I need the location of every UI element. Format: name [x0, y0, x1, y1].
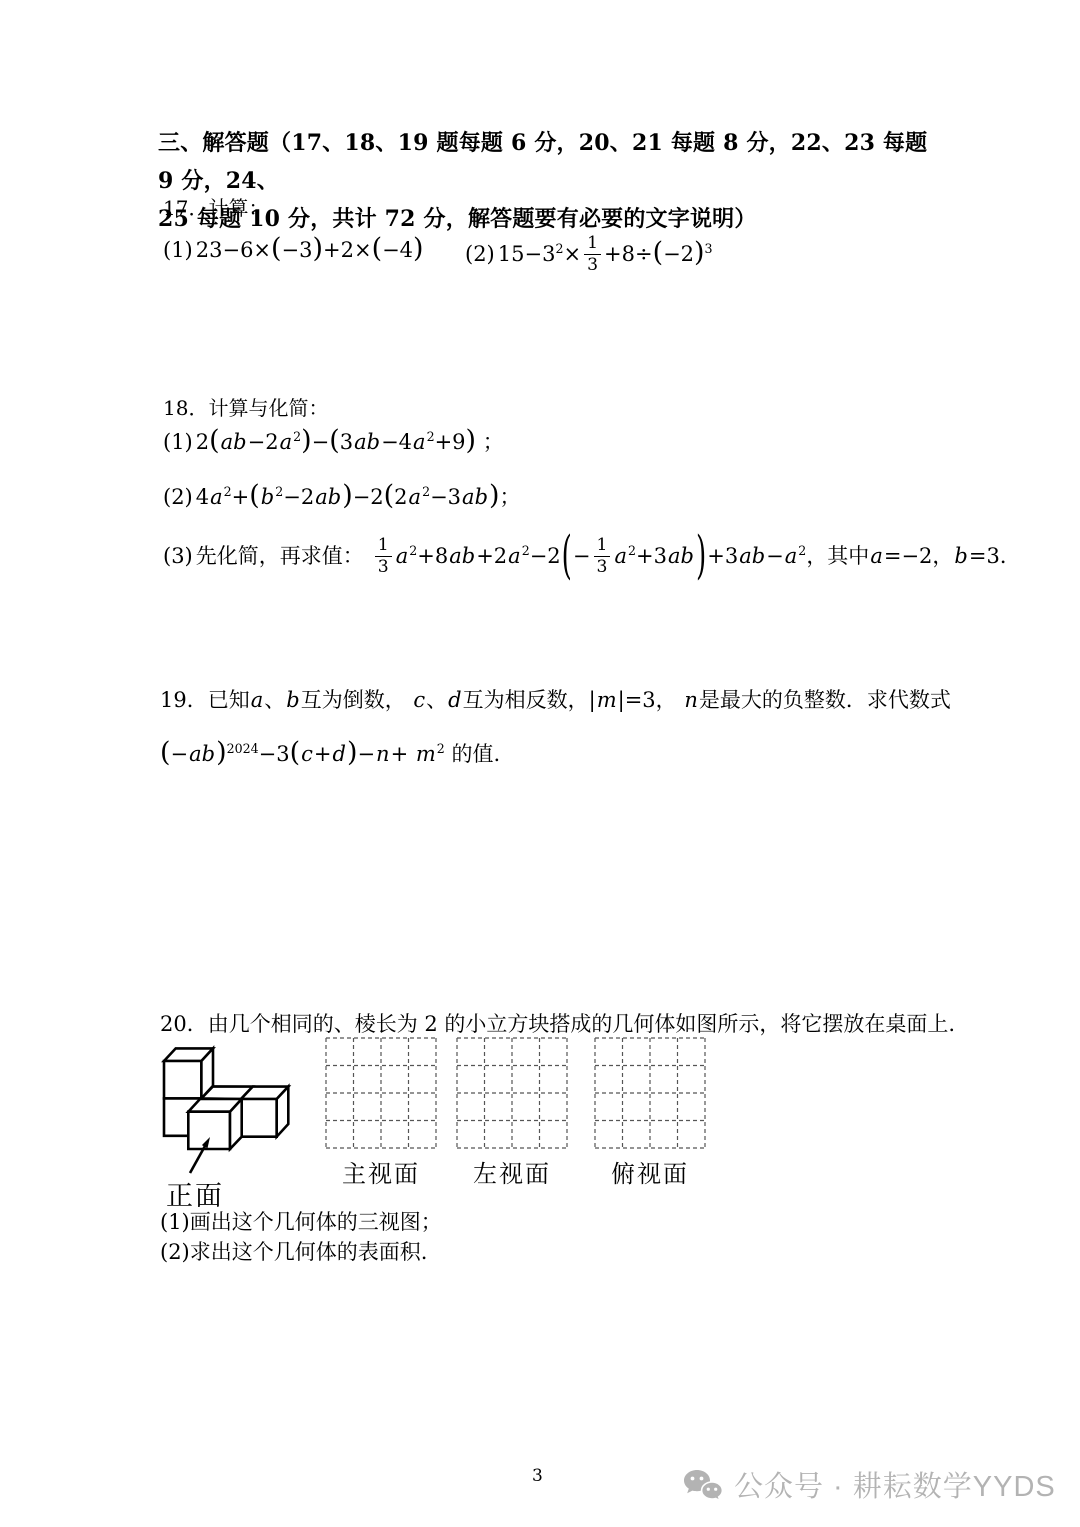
q18-part3-intro: 先化简，再求值： [196, 544, 364, 568]
q20-sub1: (1)画出这个几何体的三视图； [160, 1206, 442, 1236]
q18-part3-formula: (3)先化简，再求值：13a2+8ab+2a2−2(−13a2+3ab)+3ab… [163, 530, 1021, 582]
wechat-icon [682, 1468, 724, 1504]
q17-part2-formula: (2)15−32×13+8÷(−2)3 [465, 228, 713, 280]
cube-topleft-front-face [164, 1061, 201, 1098]
q17-title: 17．计算： [163, 192, 268, 221]
q17-part2-label: (2) [465, 242, 495, 266]
main-view-grid [325, 1037, 437, 1149]
left-view-grid [456, 1037, 568, 1149]
footer-wechat-text: 公众号 · 耕耘数学YYDS [734, 1464, 1056, 1505]
q17-part1-label: (1) [163, 238, 193, 262]
q18-part1-label: (1) [163, 430, 193, 454]
q18-part3-math: 13a2+8ab+2a2−2(−13a2+3ab)+3ab−a2，其中a=−2，… [372, 544, 1021, 568]
cube-front-front-face [188, 1112, 230, 1149]
top-view-label: 俯视面 [594, 1154, 706, 1189]
q17-part1-formula: (1)23−6×(−3)+2×(−4) [163, 236, 424, 263]
q17-part1-math: 23−6×(−3)+2×(−4) [196, 238, 424, 262]
page-number: 3 [532, 1466, 543, 1486]
q17-part2-math: 15−32×13+8÷(−2)3 [498, 242, 713, 266]
q19-text: 19．已知a、b互为倒数， c、d互为相反数，|m|=3， n是最大的负整数．求… [160, 684, 951, 714]
q18-part2-formula: (2)4a2+(b2−2ab)−2(2a2−3ab)； [163, 481, 521, 511]
q19-formula: (−ab)2024−3(c+d)−n+ m2 的值. [160, 738, 500, 768]
section-header-line1: 三、解答题（17、18、19 题每题 6 分，20、21 每题 8 分，22、2… [158, 124, 938, 200]
q18-part3-label: (3) [163, 544, 193, 568]
q20-sub2: (2)求出这个几何体的表面积. [160, 1236, 427, 1266]
q20-text: 20．由几个相同的、棱长为 2 的小立方块搭成的几何体如图所示，将它摆放在桌面上… [160, 1008, 955, 1038]
cube-right-front-face [241, 1099, 277, 1137]
top-view-grid [594, 1037, 706, 1149]
exam-page: 三、解答题（17、18、19 题每题 6 分，20、21 每题 8 分，22、2… [0, 0, 1080, 1527]
q18-part2-label: (2) [163, 485, 193, 509]
section-header: 三、解答题（17、18、19 题每题 6 分，20、21 每题 8 分，22、2… [158, 124, 938, 238]
q18-part1-math: 2(ab−2a2)−(3ab−4a2+9) ； [196, 430, 504, 454]
left-view-label: 左视面 [456, 1154, 568, 1189]
main-view-label: 主视面 [325, 1154, 437, 1189]
q18-part2-math: 4a2+(b2−2ab)−2(2a2−3ab)； [196, 485, 521, 509]
q18-part1-formula: (1)2(ab−2a2)−(3ab−4a2+9) ； [163, 426, 504, 456]
q18-title: 18．计算与化简： [163, 392, 328, 421]
cube-figure [150, 1040, 345, 1180]
